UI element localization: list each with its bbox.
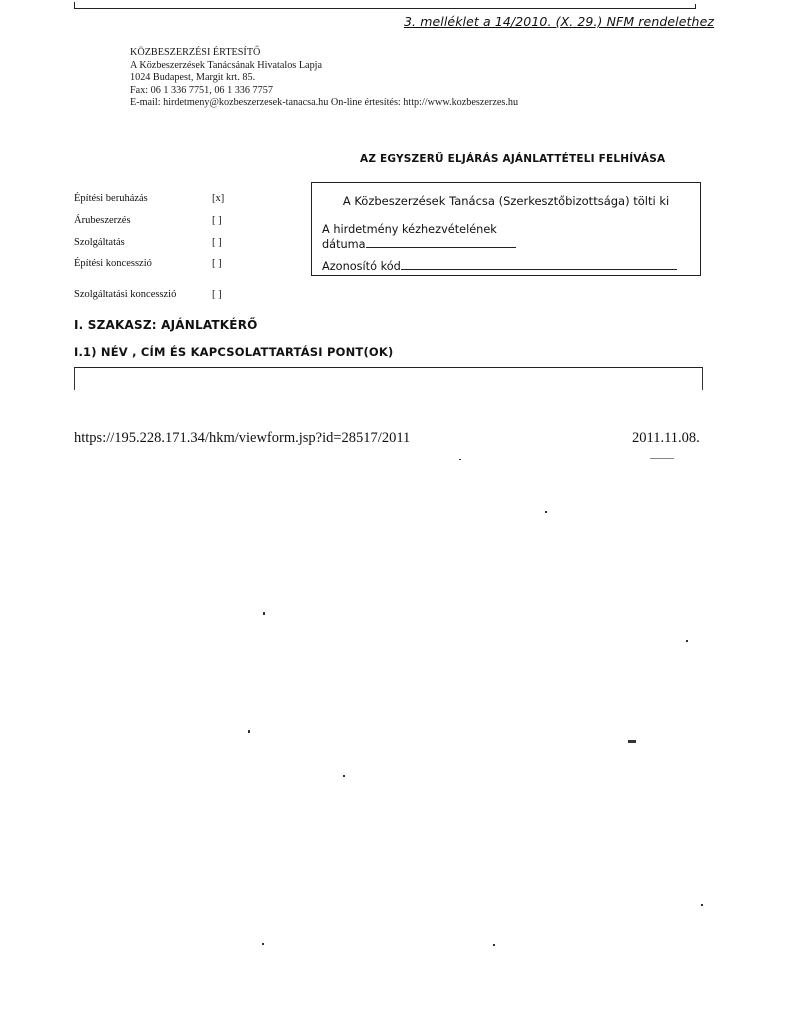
document-title: AZ EGYSZERŰ ELJÁRÁS AJÁNLATTÉTELI FELHÍV… [360,153,665,165]
publisher-block: KÖZBESZERZÉSI ÉRTESÍTŐ A Közbeszerzések … [130,47,518,110]
id-code-label: Azonosító kód [322,260,401,273]
scan-speck [248,730,250,733]
scan-speck [263,612,265,615]
top-rule-tick-right [695,4,696,9]
receipt-date-row: dátuma [322,237,516,251]
scan-speck [701,904,703,906]
procurement-type-label: Építési koncesszió [74,258,152,269]
subsection-heading: I.1) NÉV , CÍM ÉS KAPCSOLATTARTÁSI PONT(… [74,345,393,359]
publisher-address: 1024 Budapest, Margit krt. 85. [130,72,518,85]
scan-speck [686,640,688,642]
procurement-type-label: Építési beruházás [74,193,148,204]
scan-speck [650,458,674,459]
publisher-fax: Fax: 06 1 336 7751, 06 1 336 7757 [130,85,518,98]
publisher-contact: E-mail: hirdetmeny@kozbeszerzesek-tanacs… [130,97,518,110]
scan-speck [262,943,264,945]
footer-date: 2011.11.08. [632,430,700,447]
checkbox-services[interactable]: [ ] [212,237,222,248]
checkbox-service-concession[interactable]: [ ] [212,289,222,300]
office-use-title: A Közbeszerzések Tanácsa (Szerkesztőbizo… [312,194,700,208]
receipt-date-label: A hirdetmény kézhezvételének [322,223,497,236]
contact-points-box [74,367,703,390]
receipt-date-field[interactable] [366,237,516,248]
procurement-type-label: Szolgáltatás [74,237,125,248]
checkbox-goods[interactable]: [ ] [212,215,222,226]
scan-speck [493,944,495,946]
checkbox-construction[interactable]: [x] [212,193,224,204]
publisher-name: KÖZBESZERZÉSI ÉRTESÍTŐ [130,47,518,60]
id-code-field[interactable] [401,259,677,270]
footer-url: https://195.228.171.34/hkm/viewform.jsp?… [74,430,410,447]
section-heading: I. SZAKASZ: AJÁNLATKÉRŐ [74,318,258,332]
office-use-box: A Közbeszerzések Tanácsa (Szerkesztőbizo… [311,182,701,276]
scan-speck [628,740,636,743]
scan-speck [343,775,345,777]
checkbox-works-concession[interactable]: [ ] [212,258,222,269]
publisher-subtitle: A Közbeszerzések Tanácsának Hivatalos La… [130,60,518,73]
procurement-type-label: Árubeszerzés [74,215,131,226]
receipt-date-label-cont: dátuma [322,238,366,251]
scan-speck [545,511,547,513]
id-code-row: Azonosító kód [322,259,677,273]
procurement-type-label: Szolgáltatási koncesszió [74,289,176,300]
scan-speck [459,459,461,460]
top-rule [74,8,696,9]
annex-reference: 3. melléklet a 14/2010. (X. 29.) NFM ren… [404,14,714,29]
